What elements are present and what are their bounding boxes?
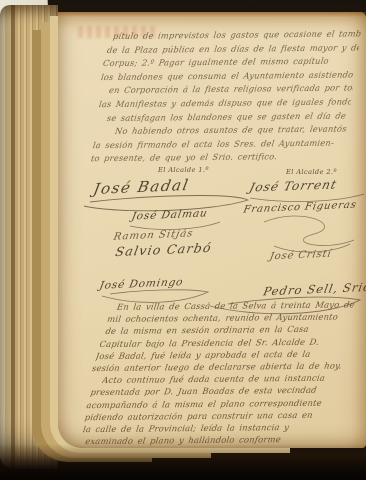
signature-jose-badal: José Badal <box>92 176 191 198</box>
header-alcalde-1: El Alcalde 1.º <box>158 166 209 174</box>
header-alcalde-2: El Alcalde 2.º <box>286 168 337 176</box>
signature-pedro-sell-srio: Pedro Sell, Srio. <box>262 280 366 299</box>
scanned-book-photo: pítulo de imprevistos los gastos que oca… <box>0 0 366 480</box>
signature-salvio-carbo: Salvio Carbó <box>114 240 213 259</box>
bottom-paragraph: En la villa de Cassá de la Selva á trein… <box>78 298 362 447</box>
signature-jose-torrent: José Torrent <box>248 177 339 194</box>
signature-francisco-figueras: Francisco Figueras <box>242 200 357 216</box>
photo-bottom-shadow <box>0 444 366 480</box>
signature-jose-dalmau: José Dalmau <box>131 207 209 222</box>
manuscript-page: pítulo de imprevistos los gastos que oca… <box>58 12 366 448</box>
manuscript-line: to presente, de que yo el Srio. certific… <box>90 150 344 166</box>
signature-jose-domingo: José Domingo <box>98 276 184 292</box>
signature-jose-cristi: José Cristí <box>269 249 333 263</box>
top-paragraph: pítulo de imprevistos los gastos que oca… <box>88 27 362 166</box>
